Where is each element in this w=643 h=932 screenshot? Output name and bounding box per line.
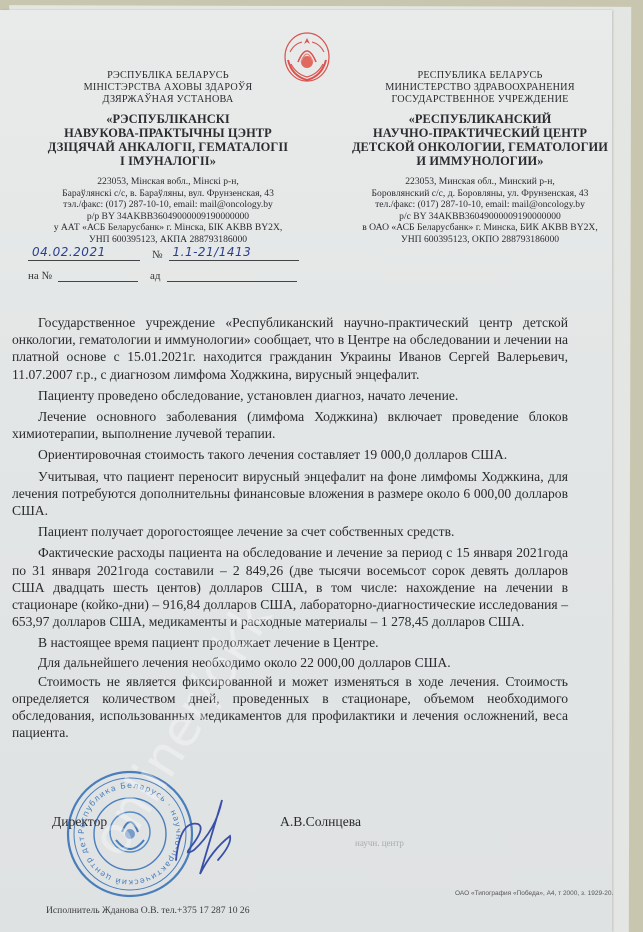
org-line: ДЗІЦЯЧАЙ АНКАЛОГІІ, ГЕМАТАЛОГІІ	[18, 140, 318, 154]
date-field: 04.02.2021	[28, 246, 140, 261]
signatory-title: Директор	[52, 814, 107, 830]
header-line: ГОСУДАРСТВЕННОЕ УЧРЕЖДЕНИЕ	[330, 94, 630, 106]
printer-note: ОАО «Типография «Победа», А4, т 2000, з.…	[455, 890, 613, 897]
letter-body: Государственное учреждение «Республиканс…	[12, 314, 568, 746]
org-name-russian: «РЕСПУБЛИКАНСКИЙ НАУЧНО-ПРАКТИЧЕСКИЙ ЦЕН…	[330, 112, 630, 168]
address-line: УНП 600395123, АКПА 288793186000	[18, 234, 318, 246]
number-field: 1.1-21/1413	[169, 246, 299, 261]
address-russian: 223053, Минская обл., Минский р-н, Боров…	[330, 176, 630, 246]
registration-line-outgoing: 04.02.2021 № 1.1-21/1413	[28, 246, 299, 261]
header-russian: РЕСПУБЛИКА БЕЛАРУСЬ МИНИСТЕРСТВО ЗДРАВОО…	[330, 70, 630, 246]
org-line: І ІМУНАЛОГІІ»	[18, 154, 318, 168]
org-line: «РЭСПУБЛІКАНСКІ	[18, 112, 318, 126]
header-line: МІНІСТЭРСТВА АХОВЫ ЗДАРОЎЯ	[18, 82, 318, 94]
address-line: 223053, Минская обл., Минский р-н,	[330, 176, 630, 188]
faint-imprint: научн. центр	[355, 838, 404, 848]
header-line: ДЗЯРЖАЎНАЯ УСТАНОВА	[18, 94, 318, 106]
paragraph: В настоящее время пациент продолжает леч…	[12, 634, 568, 651]
paragraph: Стоимость не является фиксированной и мо…	[12, 673, 568, 742]
from-label: ад	[150, 270, 160, 282]
address-line: у ААТ «АСБ Беларусбанк» г. Мінска, БІК A…	[18, 222, 318, 234]
address-line: р/с BY 34AKBB36049000009190000000	[330, 211, 630, 223]
address-belarusian: 223053, Мінская вобл., Мінскі р-н, Бараў…	[18, 176, 318, 246]
paragraph: Государственное учреждение «Республиканс…	[12, 314, 568, 383]
signatory-name: А.В.Солнцева	[280, 814, 361, 830]
org-line: НАУЧНО-ПРАКТИЧЕСКИЙ ЦЕНТР	[330, 126, 630, 140]
address-line: Бараўлянскі с/с, в. Бараўляны, вул. Фрун…	[18, 188, 318, 200]
handwritten-date: 04.02.2021	[32, 245, 106, 259]
number-label: №	[152, 249, 163, 261]
ref-field	[58, 267, 138, 282]
paragraph: Пациенту проведено обследование, установ…	[12, 387, 568, 404]
header-line: МИНИСТЕРСТВО ЗДРАВООХРАНЕНИЯ	[330, 82, 630, 94]
org-name-belarusian: «РЭСПУБЛІКАНСКІ НАВУКОВА-ПРАКТЫЧНЫ ЦЭНТР…	[18, 112, 318, 168]
paragraph: Учитывая, что пациент переносит вирусный…	[12, 468, 568, 520]
address-line: Боровлянский с/с, д. Боровляны, ул. Фрун…	[330, 188, 630, 200]
header-belarusian: РЭСПУБЛІКА БЕЛАРУСЬ МІНІСТЭРСТВА АХОВЫ З…	[18, 70, 318, 246]
org-line: ДЕТСКОЙ ОНКОЛОГИИ, ГЕМАТОЛОГИИ	[330, 140, 630, 154]
address-line: тел./факс: (017) 287-10-10, email: mail@…	[330, 199, 630, 211]
header-line: РЭСПУБЛІКА БЕЛАРУСЬ	[18, 70, 318, 82]
paragraph: Лечение основного заболевания (лимфома Х…	[12, 408, 568, 442]
ref-label: на №	[28, 270, 52, 282]
executor-line: Исполнитель Жданова О.В. тел.+375 17 287…	[46, 905, 250, 916]
org-line: И ИММУНОЛОГИИ»	[330, 154, 630, 168]
address-line: тэл./факс: (017) 287-10-10, email: mail@…	[18, 199, 318, 211]
org-line: «РЕСПУБЛИКАНСКИЙ	[330, 112, 630, 126]
handwritten-number: 1.1-21/1413	[173, 245, 252, 259]
org-line: НАВУКОВА-ПРАКТЫЧНЫ ЦЭНТР	[18, 126, 318, 140]
paragraph: Ориентировочная стоимость такого лечения…	[12, 446, 568, 463]
address-line: УНП 600395123, ОКПО 288793186000	[330, 234, 630, 246]
address-line: р/р BY 34AKBB36049000009190000000	[18, 211, 318, 223]
address-line: 223053, Мінская вобл., Мінскі р-н,	[18, 176, 318, 188]
registration-line-reference: на № ад	[28, 267, 297, 282]
paragraph: Пациент получает дорогостоящее лечение з…	[12, 523, 568, 540]
address-line: в ОАО «АСБ Беларусбанк» г. Минска, БИК A…	[330, 222, 630, 234]
signature-block: Директор А.В.Солнцева	[0, 810, 612, 840]
from-field	[167, 267, 297, 282]
paragraph: Фактические расходы пациента на обследов…	[12, 544, 568, 630]
paragraph: Для дальнейшего лечения необходимо около…	[12, 654, 568, 671]
header-line: РЕСПУБЛИКА БЕЛАРУСЬ	[330, 70, 630, 82]
